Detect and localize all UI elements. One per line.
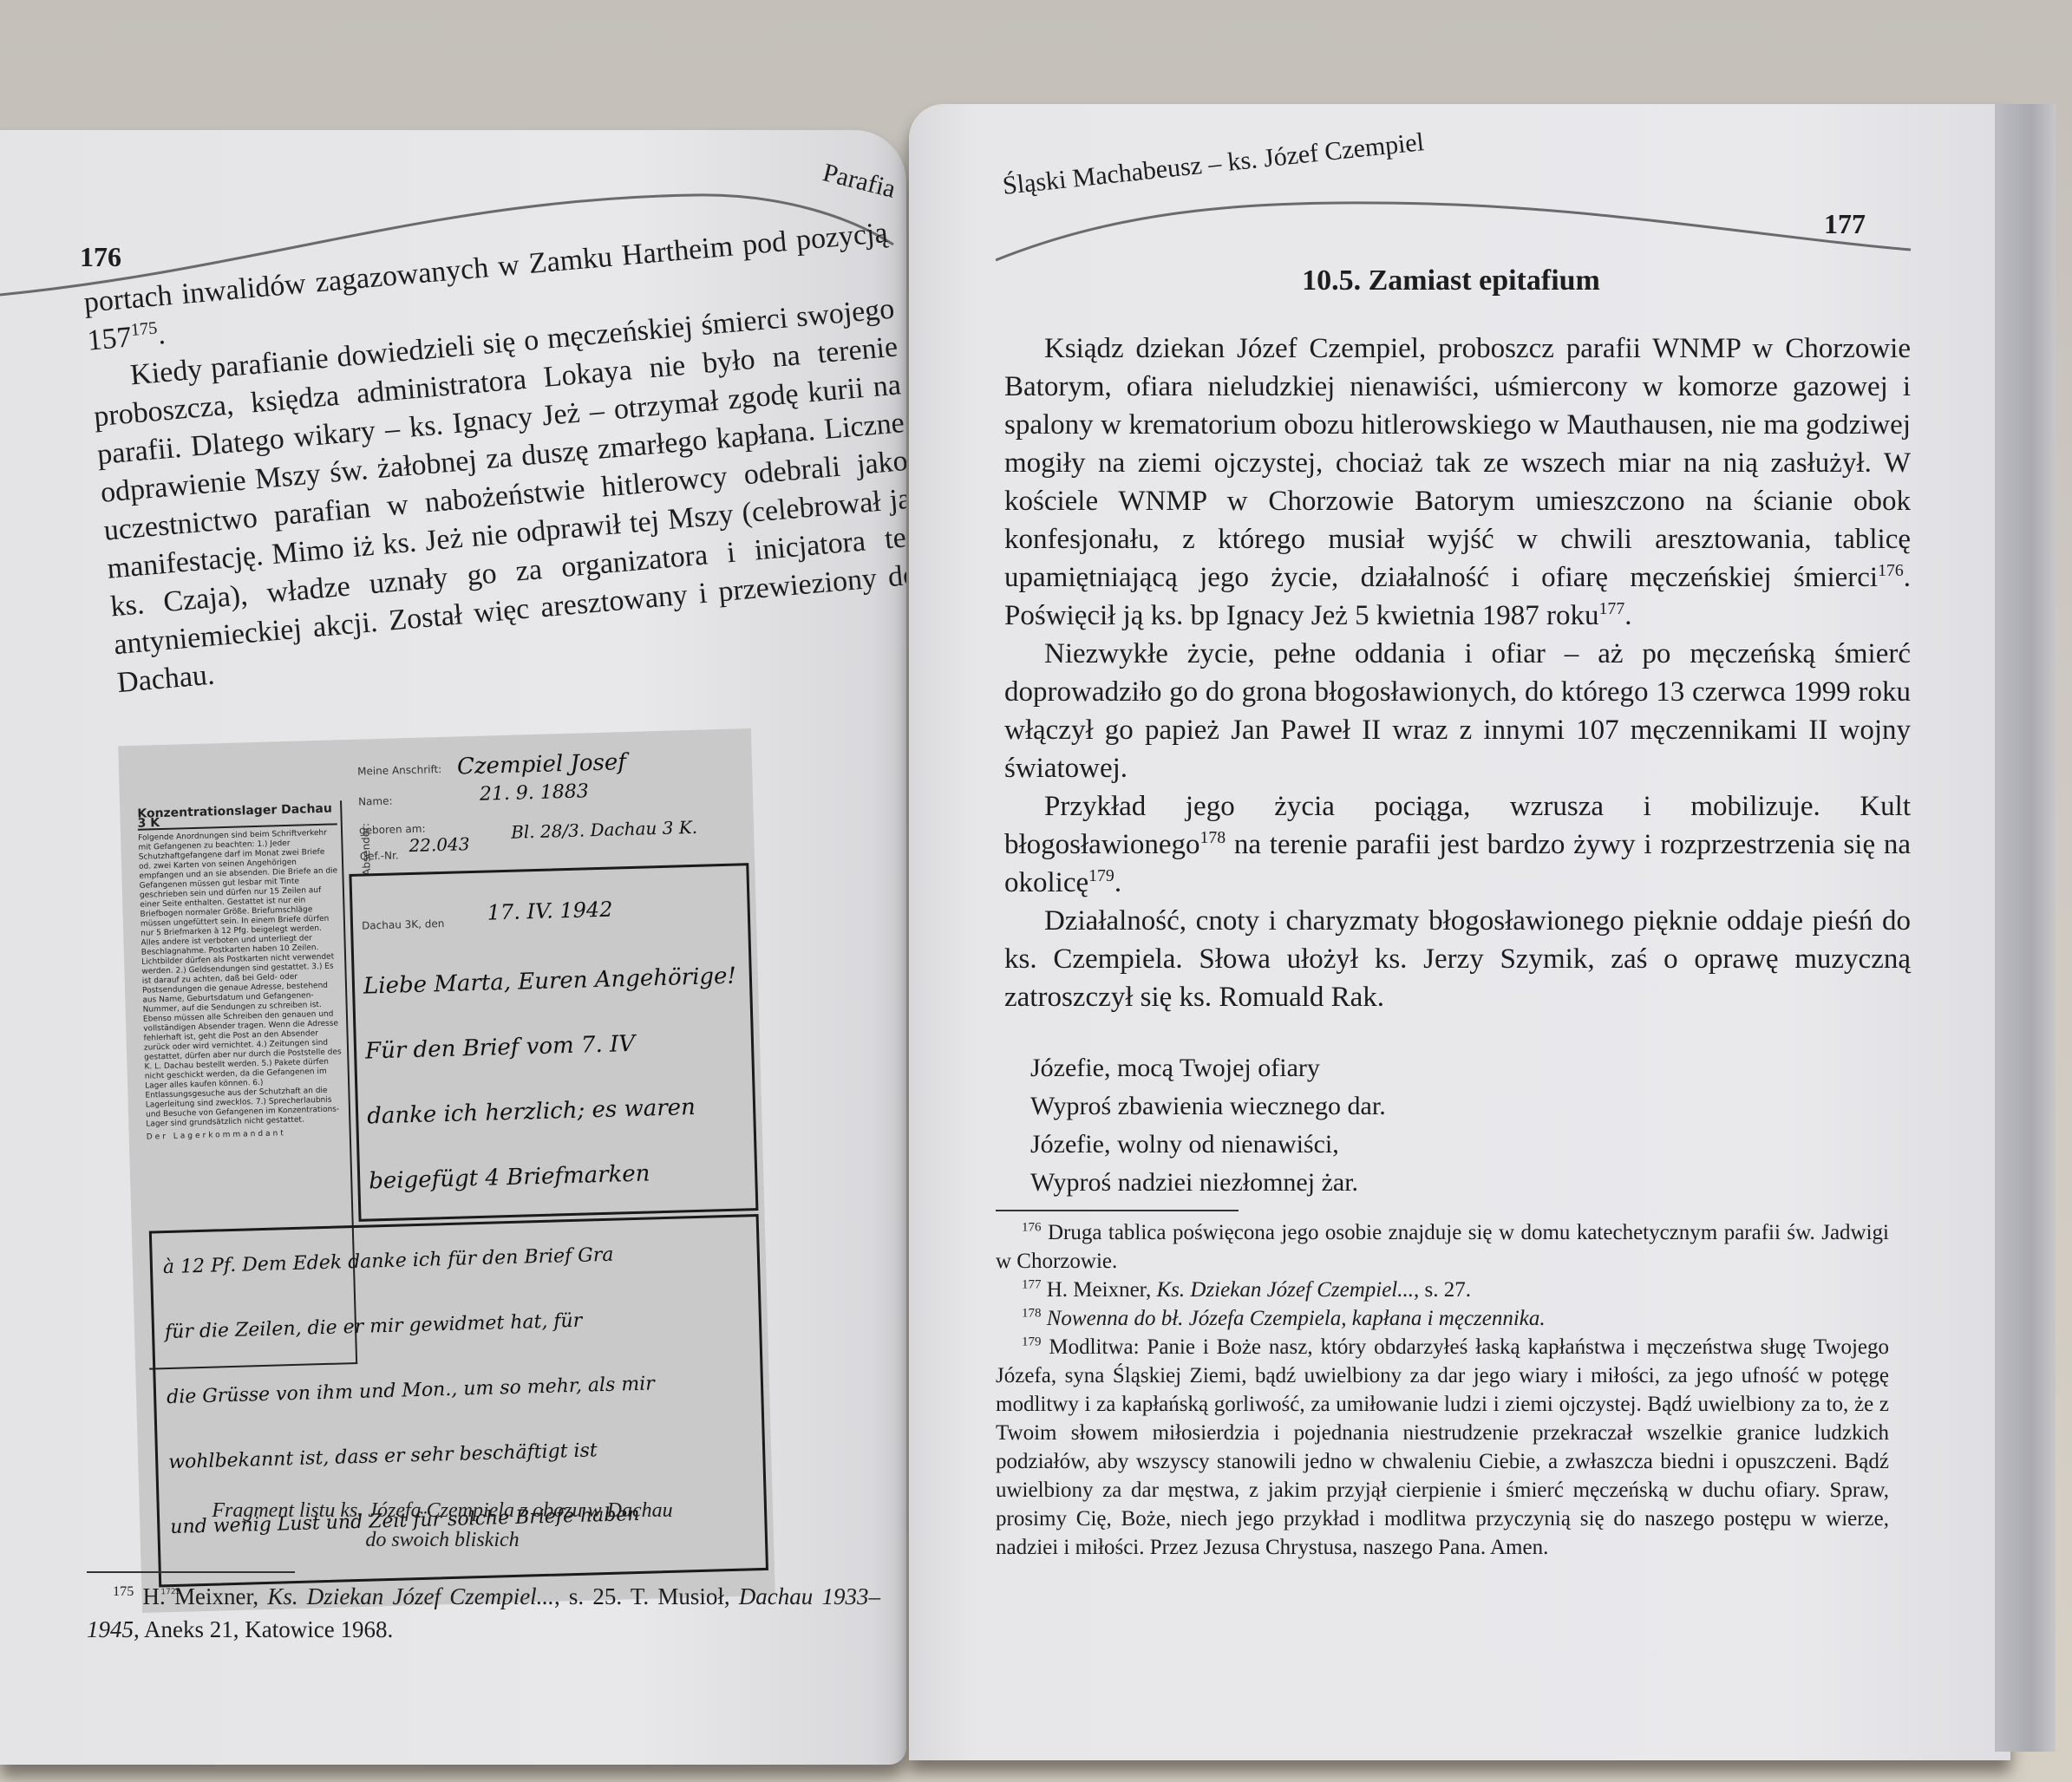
- footnote-179: 179 Modlitwa: Panie i Boże nasz, który o…: [996, 1333, 1889, 1562]
- paragraph: Przykład jego życia pociąga, wzrusza i m…: [1004, 787, 1911, 902]
- letter-figure: Konzentrationslager Dachau 3 K Folgende …: [118, 728, 775, 1613]
- footnote-rule: [87, 1571, 295, 1573]
- footnote-177: 177 H. Meixner, Ks. Dziekan Józef Czempi…: [996, 1276, 1889, 1304]
- left-page: Parafia 176 portach inwalidów zagazowany…: [0, 130, 906, 1765]
- block-value: Bl. 28/3. Dachau 3 K.: [511, 817, 698, 843]
- date-value: 17. IV. 1942: [487, 898, 612, 925]
- page-block-edge: [1995, 104, 2056, 1752]
- header-rule-right: [996, 156, 1915, 269]
- right-footnotes: 176 Druga tablica poświęcona jego osobie…: [996, 1218, 1889, 1562]
- form-signature: Der Lagerkommandant: [147, 1127, 346, 1142]
- footnote-176: 176 Druga tablica poświęcona jego osobie…: [996, 1218, 1889, 1276]
- date-label: Dachau 3K, den: [362, 917, 445, 932]
- page-number-left: 176: [80, 241, 121, 273]
- paragraph: Kiedy parafianie dowiedzieli się o męcze…: [89, 290, 906, 703]
- prisoner-number-value: 22.043: [409, 833, 470, 856]
- paragraph: Niezwykłe życie, pełne oddania i ofiar –…: [1004, 635, 1911, 787]
- poem-line: Wyproś nadziei niezłomnej żar.: [1030, 1164, 1386, 1202]
- figure-caption: Fragment listu ks. Józefa Czempiela z ob…: [139, 1496, 746, 1555]
- left-body-text: portach inwalidów zagazowanych w Zamku H…: [82, 214, 906, 702]
- right-body-text: Ksiądz dziekan Józef Czempiel, proboszcz…: [1004, 330, 1911, 1016]
- caption-line: Fragment listu ks. Józefa Czempiela z ob…: [139, 1496, 746, 1525]
- born-value: 21. 9. 1883: [480, 780, 590, 806]
- prisoner-number-label: Gef.-Nr.: [360, 849, 399, 862]
- poem-line: Wyproś zbawienia wiecznego dar.: [1030, 1087, 1386, 1126]
- left-footnotes: 175 H. Meixner, Ks. Dziekan Józef Czempi…: [87, 1580, 880, 1646]
- address-label: Meine Anschrift:: [357, 763, 442, 778]
- page-number-right: 177: [1824, 208, 1866, 240]
- right-page: Śląski Machabeusz – ks. Józef Czempiel 1…: [909, 104, 2010, 1760]
- name-label: Name:: [358, 795, 393, 808]
- paragraph: Ksiądz dziekan Józef Czempiel, proboszcz…: [1004, 330, 1911, 635]
- footnote-178: 178 Nowenna do bł. Józefa Czempiela, kap…: [996, 1304, 1889, 1333]
- form-title: Konzentrationslager Dachau 3 K: [137, 804, 337, 830]
- form-rules-text: Folgende Anordnungen sind beim Schriftve…: [138, 828, 345, 1129]
- caption-line: do swoich bliskich: [139, 1525, 746, 1555]
- paragraph: Działalność, cnoty i charyzmaty błogosła…: [1004, 902, 1911, 1016]
- name-value: Czempiel Josef: [457, 749, 627, 780]
- footnote-rule: [996, 1210, 1239, 1211]
- section-title: 10.5. Zamiast epitafium: [1082, 264, 1820, 297]
- poem: Józefie, mocą Twojej ofiary Wyproś zbawi…: [1030, 1049, 1386, 1202]
- poem-line: Józefie, mocą Twojej ofiary: [1030, 1049, 1386, 1087]
- footnote-175: 175 H. Meixner, Ks. Dziekan Józef Czempi…: [87, 1580, 880, 1646]
- poem-line: Józefie, wolny od nienawiści,: [1030, 1126, 1386, 1164]
